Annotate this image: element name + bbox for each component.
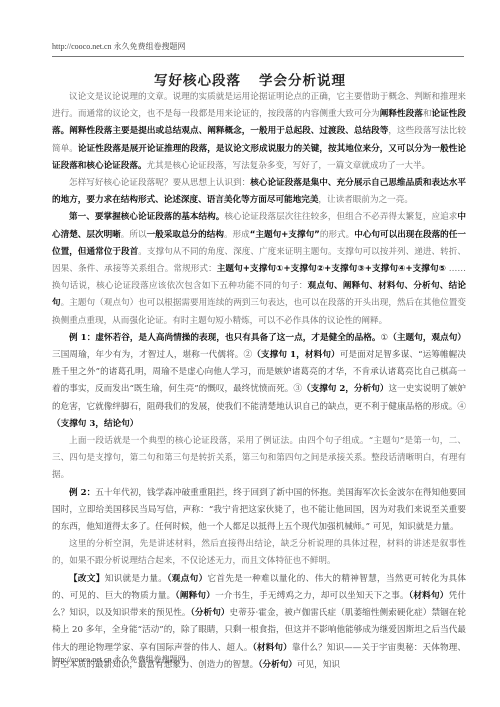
text: 这里的分析空洞，先是讲述材料，然后直接得出结论，缺乏分析说理的具体过程，材料的讲… [52,539,466,566]
text: 。 [61,126,70,136]
text: 一介书生，手无缚鸡之力，却可以坐知天下之事。 [215,591,409,601]
footer-url: http://cooco.net.cn [52,655,112,664]
paragraph-structure: 第一、要掌握核心论证段落的基本结构。核心论证段落层次往往较多，但组合不必弄得太繁… [52,209,466,329]
page-header: http://cooco.net.cn 永久免费组卷搜题网 [52,41,464,57]
document-body: 议论文是议论说理的文章。说理的实质就是运用论据证明论点的正确，它主要借助于概念、… [52,89,466,674]
paragraph-intro: 议论文是议论说理的文章。说理的实质就是运用论据证明论点的正确，它主要借助于概念、… [52,89,466,175]
page-footer: http://cooco.net.cn 永久免费组卷搜题网 [52,654,186,665]
paragraph-analysis-1: 上面一段话就是一个典型的核心论证段落，采用了例证法。由四个句子组成。“主题句”是… [52,433,466,485]
text: 。形成 [224,230,250,240]
title-part-2: 学会分析说理 [259,73,346,89]
bold-text: 阐释性段落 [380,109,423,119]
bold-text: “主题句+支撑句” [250,230,320,240]
annotation: （材料句） [409,591,449,601]
text: 知识就是力量。 [105,574,167,584]
annotation: （分析句） [258,660,297,670]
annotation: （主题句，观点句） [388,333,466,343]
example-label: 例 2： [69,488,95,498]
annotation: （材料句） [253,643,292,653]
header-url: http://cooco.net.cn [52,42,112,51]
footer-site-name: 永久免费组卷搜题网 [114,655,186,664]
paragraph-analysis-2: 这里的分析空洞，先是讲述材料，然后直接得出结论，缺乏分析说理的具体过程，材料的讲… [52,536,466,570]
paragraph-how-to: 怎样写好核心论证段落呢？要从思想上认识到：核心论证段落是集中、充分展示自己思维品… [52,175,466,209]
bold-text: 主题句+支撑句①+支撑句②+支撑句③+支撑句④+支撑句⑤ [217,264,446,274]
text: 三国周瑜，年少有为，才智过人，堪称一代儒将。② [52,350,252,360]
text: 可见，知识 [297,660,340,670]
annotation: （观点句） [167,574,207,584]
text: 五十年代初，钱学森冲破重重阻拦，终于回到了新中国的怀抱。美国海军次长金波尔在得知… [52,488,466,532]
title-part-1: 写好核心段落 [154,73,241,89]
annotation: （支撑句 3，结论句） [52,419,138,429]
text: 核心论证段落层次往往较多，但组合不必弄得太繁复，应追求 [224,212,457,222]
example-label: 例 1：虚怀若谷，是人高尚情操的表现，也只有具备了这一点，才是健全的品格。 [69,333,381,343]
text: 怎样写好核心论证段落呢？要从思想上认识到： [69,178,250,188]
text: 上面一段话就是一个典型的核心论证段落，采用了例证法。由四个句子组成。“主题句”是… [52,436,466,480]
revised-label: 【改文】 [69,574,105,584]
bold-text: 一般采取总分的结构 [147,230,224,240]
text: 尤其是核心论证段落，写法复杂多变，写好了，一篇文章就成功了一大半。 [147,161,431,171]
annotation: （支撑句 2，分析句） [302,384,389,394]
section-heading: 第一、要掌握核心论证段落的基本结构。 [69,212,224,222]
annotation: （阐释句） [175,591,215,601]
text: ，让读者眼前为之一亮。 [318,195,413,205]
paragraph-example-1: 例 1：虚怀若谷，是人高尚情操的表现，也只有具备了这一点，才是健全的品格。①（主… [52,330,466,433]
bold-text: 阐释性段落主要是提出或总结观点、阐释概念，一般用于总起段、过渡段、总结段等 [69,126,388,136]
document-title: 写好核心段落学会分析说理 [0,69,500,89]
text: 。所以 [121,230,147,240]
text: 。主题句（观点句）也可以根据需要用连续的两到三句表达，也可以在段落的开头出现，然… [52,298,466,325]
annotation: （分析句） [191,608,230,618]
paragraph-example-2: 例 2：五十年代初，钱学森冲破重重阻拦，终于回到了新中国的怀抱。美国海军次长金波… [52,485,466,537]
header-site-name: 永久免费组卷搜题网 [114,42,186,51]
text: 的形式。 [320,230,354,240]
annotation: （支撑句 1，材料句） [252,350,340,360]
